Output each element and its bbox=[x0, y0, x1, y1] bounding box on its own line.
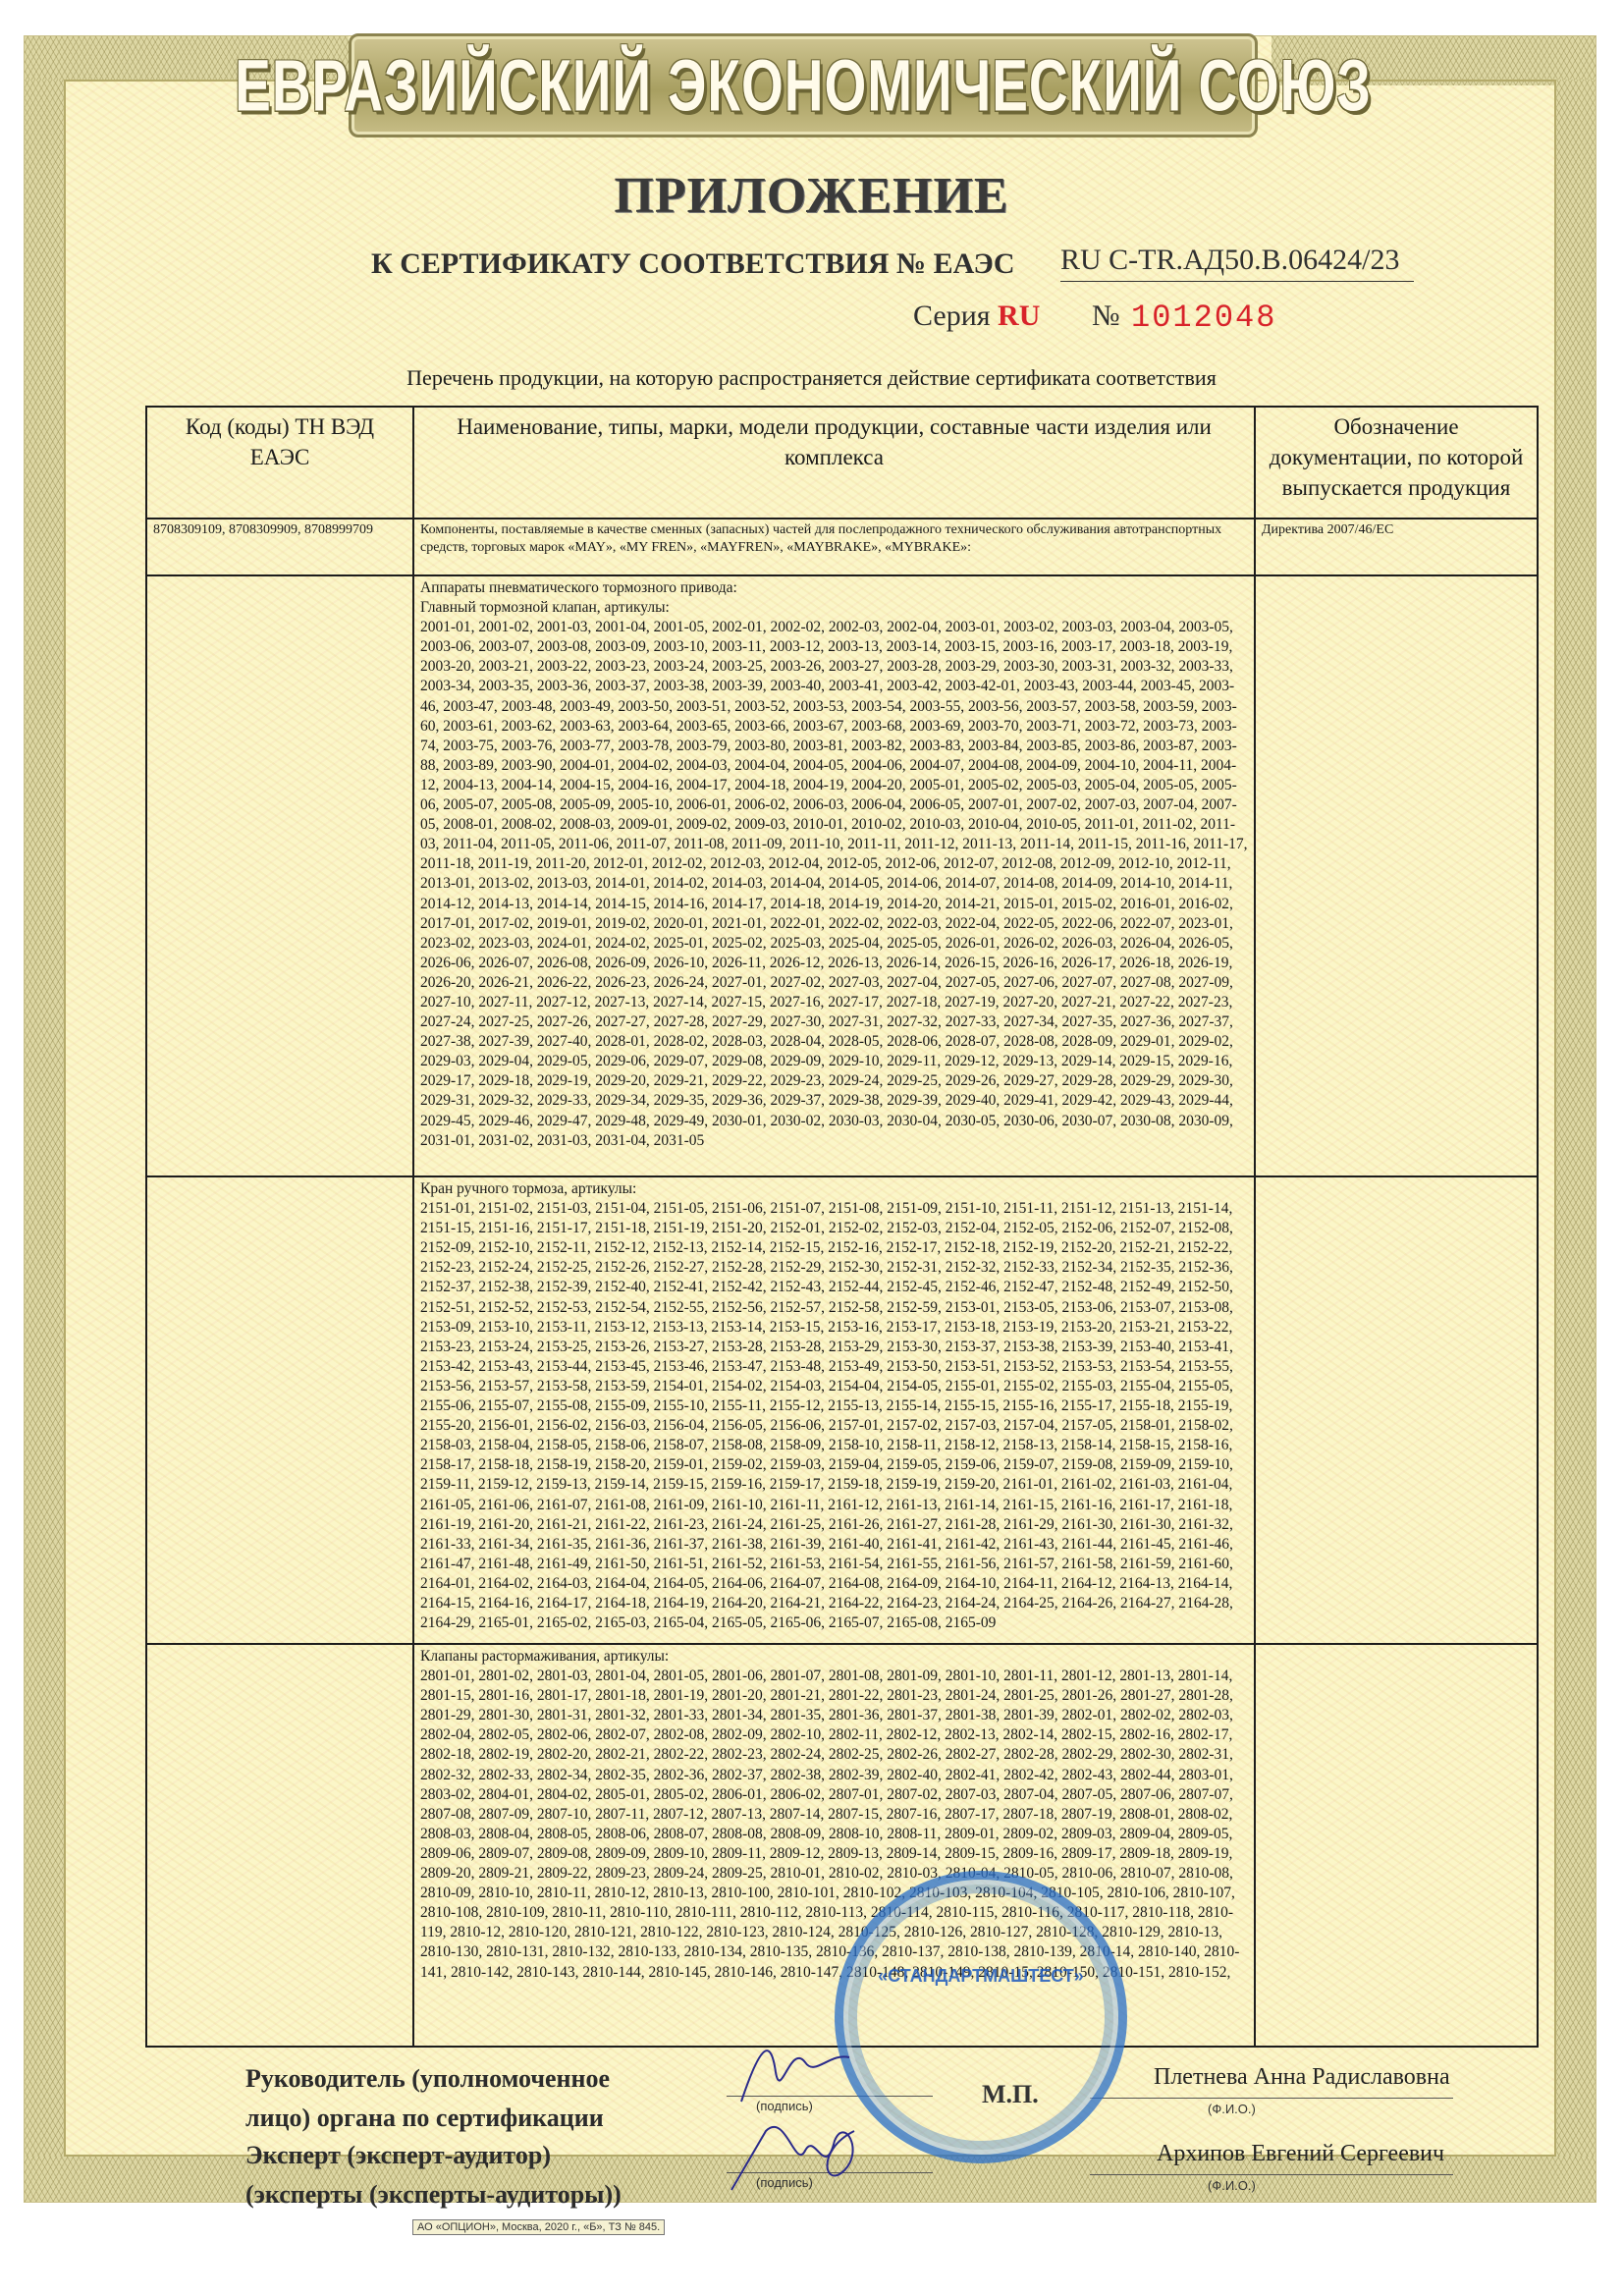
description-cell: Кран ручного тормоза, артикулы: 2151-01,… bbox=[413, 1176, 1255, 1644]
section-heading: Главный тормозной клапан, артикулы: bbox=[420, 598, 1248, 618]
article-list: 2151-01, 2151-02, 2151-03, 2151-04, 2151… bbox=[420, 1199, 1248, 1633]
union-banner: ЕВРАЗИЙСКИЙ ЭКОНОМИЧЕСКИЙ СОЮЗ bbox=[349, 33, 1258, 137]
official-stamp: «СТАНДАРТМАШТЕСТ» bbox=[835, 1871, 1127, 2163]
head-label: Руководитель (уполномоченное лицо) орган… bbox=[245, 2059, 610, 2138]
fio-caption: (Ф.И.О.) bbox=[1208, 2178, 1256, 2193]
description-cell: Компоненты, поставляемые в качестве смен… bbox=[413, 519, 1255, 575]
table-row: 8708309109, 8708309909, 8708999709 Компо… bbox=[146, 519, 1538, 575]
guilloche-border bbox=[25, 80, 64, 2181]
banner-text: ЕВРАЗИЙСКИЙ ЭКОНОМИЧЕСКИЙ СОЮЗ bbox=[235, 43, 1372, 128]
article-list: 2801-01, 2801-02, 2801-03, 2801-04, 2801… bbox=[420, 1667, 1248, 1983]
documentation-cell bbox=[1255, 1176, 1538, 1644]
codes-cell bbox=[146, 1644, 413, 2047]
header-codes: Код (коды) ТН ВЭД ЕАЭС bbox=[146, 407, 413, 519]
product-table: Код (коды) ТН ВЭД ЕАЭС Наименование, тип… bbox=[145, 406, 1539, 2048]
seal-label: М.П. bbox=[982, 2080, 1039, 2109]
header-description: Наименование, типы, марки, модели продук… bbox=[413, 407, 1255, 519]
documentation-cell bbox=[1255, 575, 1538, 1176]
article-list: 2001-01, 2001-02, 2001-03, 2001-04, 2001… bbox=[420, 618, 1248, 1151]
table-row: Кран ручного тормоза, артикулы: 2151-01,… bbox=[146, 1176, 1538, 1644]
expert-label: Эксперт (эксперт-аудитор) (эксперты (экс… bbox=[245, 2136, 622, 2214]
table-row: Аппараты пневматического тормозного прив… bbox=[146, 575, 1538, 1176]
stamp-text: «СТАНДАРТМАШТЕСТ» bbox=[878, 1966, 1084, 1987]
head-label-line: лицо) органа по сертификации bbox=[245, 2099, 610, 2138]
codes-cell bbox=[146, 1176, 413, 1644]
head-label-line: Руководитель (уполномоченное bbox=[245, 2059, 610, 2099]
printer-imprint: АО «ОПЦИОН», Москва, 2020 г., «Б», ТЗ № … bbox=[412, 2219, 665, 2235]
description-cell: Клапаны растормаживания, артикулы: 2801-… bbox=[413, 1644, 1255, 2047]
table-header-row: Код (коды) ТН ВЭД ЕАЭС Наименование, тип… bbox=[146, 407, 1538, 519]
form-number: 1012048 bbox=[1131, 300, 1276, 336]
head-name: Плетнева Анна Радиславовна bbox=[1154, 2064, 1450, 2091]
certificate-number: RU C-TR.АД50.В.06424/23 bbox=[1060, 244, 1414, 282]
number-label: № bbox=[1092, 300, 1120, 333]
expert-signature-icon bbox=[727, 2111, 874, 2200]
fio-line bbox=[1090, 2174, 1453, 2175]
document-subtitle: К СЕРТИФИКАТУ СООТВЕТСТВИЯ № ЕАЭС bbox=[371, 247, 1015, 281]
expert-label-line: Эксперт (эксперт-аудитор) bbox=[245, 2136, 622, 2175]
head-signature-icon bbox=[731, 2033, 859, 2111]
section-heading: Кран ручного тормоза, артикулы: bbox=[420, 1179, 1248, 1199]
section-heading: Клапаны растормаживания, артикулы: bbox=[420, 1647, 1248, 1667]
product-list-intro: Перечень продукции, на которую распростр… bbox=[0, 365, 1623, 391]
series-label: Серия bbox=[913, 300, 991, 332]
section-heading: Аппараты пневматического тормозного прив… bbox=[420, 578, 1248, 598]
series-value: RU bbox=[998, 300, 1040, 332]
header-documentation: Обозначение документации, по которой вып… bbox=[1255, 407, 1538, 519]
codes-cell bbox=[146, 575, 413, 1176]
guilloche-border bbox=[1556, 80, 1596, 2181]
description-cell: Аппараты пневматического тормозного прив… bbox=[413, 575, 1255, 1176]
documentation-cell bbox=[1255, 1644, 1538, 2047]
expert-label-line: (эксперты (эксперты-аудиторы)) bbox=[245, 2175, 622, 2214]
fio-caption: (Ф.И.О.) bbox=[1208, 2102, 1256, 2116]
fio-line bbox=[1090, 2098, 1453, 2099]
document-title: ПРИЛОЖЕНИЕ bbox=[0, 167, 1623, 225]
documentation-cell: Директива 2007/46/ЕС bbox=[1255, 519, 1538, 575]
series: Серия RU bbox=[913, 300, 1040, 333]
expert-name: Архипов Евгений Сергеевич bbox=[1157, 2141, 1444, 2167]
codes-cell: 8708309109, 8708309909, 8708999709 bbox=[146, 519, 413, 575]
